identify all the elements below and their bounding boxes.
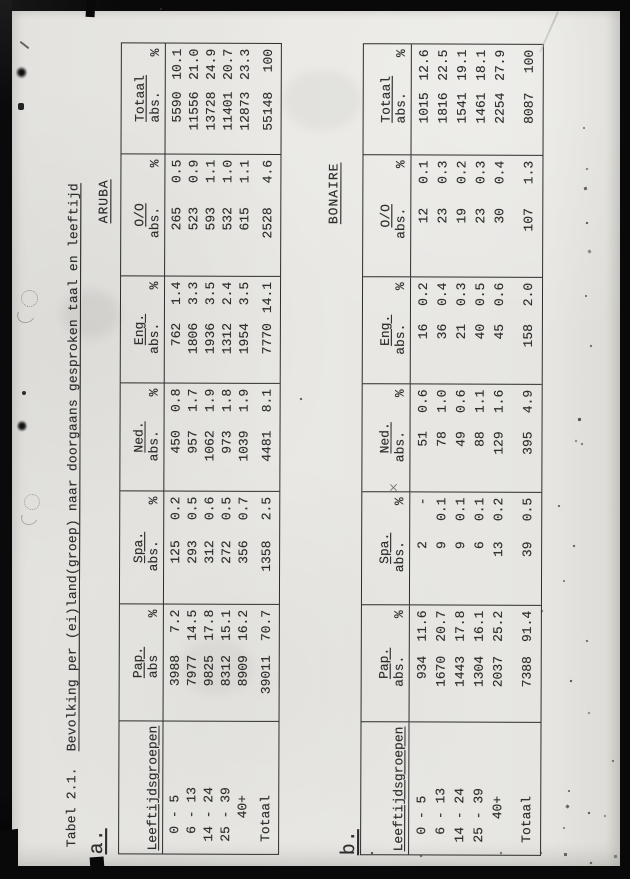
pct-value: 17.8 xyxy=(454,606,467,656)
pct-label: % xyxy=(148,154,161,206)
abs-value: 5590 xyxy=(171,91,184,153)
pct-value: 10.1 xyxy=(171,44,184,92)
group-name-text: Eng. xyxy=(132,314,147,345)
sub-header: abs.% xyxy=(395,44,408,154)
data-cell: 3560.7 xyxy=(235,492,252,604)
scanner-edge-left xyxy=(0,0,12,879)
abs-value: 6 xyxy=(473,541,486,604)
abs-value: 934 xyxy=(416,656,429,722)
group-name-text: Ned. xyxy=(131,421,146,452)
pct-value: 20.7 xyxy=(222,44,235,92)
abs-label: abs. xyxy=(395,92,408,154)
pct-value: 1.9 xyxy=(238,384,251,431)
group-name-text: Spa. xyxy=(377,533,392,564)
data-cell: 19543.5 xyxy=(236,277,253,383)
pct-value: 1.1 xyxy=(204,155,217,207)
abs-value: 125 xyxy=(169,540,182,603)
group-name-text: O/O xyxy=(132,203,147,226)
abs-value: 23 xyxy=(474,208,487,277)
pct-value: 0.2 xyxy=(492,493,505,542)
data-cell: 230.3 xyxy=(433,155,452,276)
abs-value: 532 xyxy=(221,207,234,276)
pct-value: 0.5 xyxy=(521,493,534,542)
abs-value: 39011 xyxy=(260,655,273,721)
abs-value: 1954 xyxy=(238,323,251,383)
column-header: Eng.abs.% xyxy=(363,277,411,383)
pct-value: 24.9 xyxy=(205,44,218,92)
data-cell: 167020.7 xyxy=(432,605,451,721)
data-cell: 203725.2 xyxy=(489,606,508,722)
sub-header: abs.% xyxy=(394,155,407,276)
sub-header: abs.% xyxy=(149,43,162,153)
data-cell: 2- xyxy=(413,492,432,604)
pct-value: 12.6 xyxy=(418,44,431,92)
smudge-artifact xyxy=(282,70,362,130)
pct-label: % xyxy=(394,277,407,323)
table-number: Tabel 2.1. xyxy=(64,767,79,847)
sub-header: abs% xyxy=(147,604,160,720)
stamp-ring-artifact xyxy=(21,290,38,307)
data-cell: 1155621.0 xyxy=(186,44,203,154)
ink-blob-artifact xyxy=(17,420,27,432)
pct-value: 2.5 xyxy=(260,492,273,541)
abs-label: abs. xyxy=(147,540,160,603)
column-header: Ned.abs.% xyxy=(362,384,410,491)
pct-value: 0.5 xyxy=(186,492,199,541)
group-name: Spa. xyxy=(132,491,145,603)
data-cell: 881.1 xyxy=(470,385,489,492)
pct-value: 7.2 xyxy=(169,605,182,655)
data-cell: 2930.5 xyxy=(184,492,201,604)
pct-value: 0.2 xyxy=(455,156,468,208)
abs-value: 265 xyxy=(170,207,183,276)
pct-value: 0.6 xyxy=(455,385,468,432)
pct-value: 8.1 xyxy=(261,384,274,431)
abs-label: abs xyxy=(147,655,160,721)
data-cell: 44818.1 xyxy=(258,384,275,491)
abs-value: 2254 xyxy=(494,93,507,155)
abs-value: 12873 xyxy=(239,92,252,154)
pct-label: % xyxy=(394,384,407,431)
abs-value: 23 xyxy=(436,208,449,277)
abs-value: 40 xyxy=(474,324,487,384)
data-cell: 146118.1 xyxy=(472,45,491,155)
pct-value: 1.1 xyxy=(474,385,487,432)
smudge-artifact xyxy=(62,290,120,338)
language-column-spa: Spa.abs.%1250.22930.53120.62720.53560.71… xyxy=(120,490,279,604)
pct-label: % xyxy=(147,604,160,654)
data-cell: 9731.8 xyxy=(218,384,235,491)
abs-value: 1015 xyxy=(418,92,431,154)
pct-value: 0.3 xyxy=(436,155,449,207)
abs-value: 51 xyxy=(416,431,429,491)
pct-value: 0.4 xyxy=(436,277,449,323)
data-cell: 5321.0 xyxy=(219,155,236,276)
pct-value: 0.1 xyxy=(417,155,430,207)
abs-value: 36 xyxy=(436,324,449,384)
abs-value: 11556 xyxy=(188,91,201,153)
data-cell: 101512.6 xyxy=(415,44,434,154)
data-cell: 6151.1 xyxy=(236,155,253,276)
ink-blob-artifact xyxy=(16,66,27,79)
scan-speck xyxy=(563,580,565,582)
data-cell: 144317.8 xyxy=(451,606,470,722)
data-cell: 781.0 xyxy=(432,384,451,491)
pct-value: 23.3 xyxy=(239,44,252,92)
group-name: Spa. xyxy=(378,492,391,604)
section-b-marker: b. xyxy=(340,829,360,855)
data-cell: 90.1 xyxy=(432,492,451,604)
data-cell: 510.6 xyxy=(413,384,432,491)
pct-value: 0.2 xyxy=(417,277,430,323)
data-cell: 1140120.7 xyxy=(220,44,237,154)
column-header: Leeftijdsgroepen xyxy=(361,722,409,854)
pct-value: 100 xyxy=(523,45,536,93)
row-header-label: Leeftijdsgroepen xyxy=(146,721,159,853)
pct-value: 0.1 xyxy=(454,493,467,542)
pct-label: % xyxy=(395,44,408,92)
column-header: Spa.abs.% xyxy=(362,492,410,604)
pct-value: 0.6 xyxy=(493,278,506,324)
column-header: Spa.abs.% xyxy=(120,491,164,603)
abs-value: 88 xyxy=(473,431,486,491)
abs-value: 272 xyxy=(220,540,233,603)
data-cell: 490.6 xyxy=(451,385,470,492)
pct-value: 0.1 xyxy=(435,492,448,541)
pct-value: - xyxy=(416,492,429,541)
language-column-totaal: Totaalabs.%559010.11155621.01372824.9114… xyxy=(122,43,281,154)
abs-label: abs. xyxy=(148,323,161,383)
pct-label: % xyxy=(394,155,407,207)
column-header: Pap.abs.% xyxy=(362,605,410,721)
abs-label: abs. xyxy=(393,656,406,722)
scanner-edge-notch-top xyxy=(86,0,96,17)
scan-speck xyxy=(564,853,567,856)
language-column-pap: Pap.abs.%93411.6167020.7144317.8130416.1… xyxy=(362,604,541,722)
table-aruba: Leeftijdsgroepen 0 - 5 6 - 1314 - 2425 -… xyxy=(118,42,282,855)
pct-value: 0.5 xyxy=(220,492,233,541)
language-column-totaal: Totaalabs.%101512.6181622.5154119.114611… xyxy=(364,44,543,155)
data-cell: 13582.5 xyxy=(258,492,275,604)
sub-header: abs.% xyxy=(393,492,406,604)
abs-value: 7388 xyxy=(521,656,534,722)
data-cell: 390.5 xyxy=(518,493,537,605)
title-text: Bevolking per (ei)land(groep) naar doorg… xyxy=(64,183,81,751)
pct-value: 91.4 xyxy=(521,606,534,656)
group-name-text: Totaal xyxy=(379,76,394,123)
group-name: Ned. xyxy=(378,384,391,491)
abs-value: 1461 xyxy=(475,92,488,154)
row-label: 25 - 39 xyxy=(217,722,234,854)
abs-value: 13 xyxy=(492,541,505,604)
data-cell: 154119.1 xyxy=(453,45,472,155)
group-name-text: Pap. xyxy=(131,647,146,678)
pct-value: 0.9 xyxy=(187,155,200,207)
abs-value: 1039 xyxy=(237,430,250,490)
group-name: Eng. xyxy=(133,276,146,382)
row-label: 40+ xyxy=(234,722,251,854)
column-header: Pap.abs% xyxy=(120,604,164,720)
pencil-x-artifact xyxy=(389,483,398,492)
abs-value: 39 xyxy=(521,541,534,604)
row-label: 40+ xyxy=(488,723,507,855)
data-cell: 7621.4 xyxy=(168,277,185,383)
data-cell: 230.3 xyxy=(471,156,490,277)
abs-value: 11401 xyxy=(222,92,235,154)
data-cell: 1582.0 xyxy=(519,278,538,384)
data-cell: 9571.7 xyxy=(184,384,201,491)
group-name: O/O xyxy=(133,154,146,275)
abs-value: 973 xyxy=(220,430,233,490)
abs-value: 16 xyxy=(417,324,430,384)
age-group-body: 0 - 5 6 - 1314 - 2425 - 39 40+Totaal xyxy=(163,722,278,854)
scan-speck xyxy=(612,760,614,762)
sub-header: abs.% xyxy=(147,491,160,603)
data-cell: 1287323.3 xyxy=(237,44,254,154)
abs-value: 21 xyxy=(455,324,468,384)
language-column-oo: O/Oabs.%2650.55230.95931.15321.06151.125… xyxy=(121,153,280,276)
abs-value: 1062 xyxy=(203,430,216,490)
group-name: Pap. xyxy=(132,604,145,720)
scanner-corner-shadow xyxy=(0,829,18,879)
pct-value: 1.0 xyxy=(436,384,449,431)
scan-speck xyxy=(614,855,618,859)
data-cell: 120.1 xyxy=(414,155,433,276)
abs-value: 107 xyxy=(522,208,535,277)
row-label: Totaal xyxy=(517,723,536,855)
abs-value: 12 xyxy=(417,208,430,277)
column-header: O/Oabs.% xyxy=(363,155,411,276)
abs-value: 293 xyxy=(186,540,199,603)
group-name: Ned. xyxy=(132,383,145,490)
data-cell: 8087100 xyxy=(520,45,539,155)
abs-value: 2 xyxy=(416,541,429,604)
pct-label: % xyxy=(147,491,160,540)
group-name-text: Pap. xyxy=(377,648,392,679)
row-label: 6 - 13 xyxy=(183,722,200,854)
section-a-marker: a. xyxy=(88,828,108,854)
data-cell: 130.2 xyxy=(489,493,508,605)
pct-value: 20.7 xyxy=(435,605,448,655)
scan-speck xyxy=(371,852,373,854)
row-label: 0 - 5 xyxy=(166,722,183,854)
column-body: 7621.418063.319363.513122.419543.5777014… xyxy=(165,277,280,383)
data-cell: 360.4 xyxy=(433,277,452,383)
language-column-eng: Eng.abs.%160.2360.4210.3400.5450.61582.0 xyxy=(363,276,542,384)
abs-value: 7770 xyxy=(261,323,274,383)
pct-label: % xyxy=(393,492,406,541)
language-column-eng: Eng.abs.%7621.418063.319363.513122.41954… xyxy=(121,275,280,383)
abs-value: 523 xyxy=(187,207,200,276)
group-name-text: Totaal xyxy=(133,75,148,122)
pct-value: 0.5 xyxy=(170,155,183,207)
pct-value: 2.4 xyxy=(221,277,234,323)
pct-value: 1.1 xyxy=(238,155,251,207)
abs-value: 450 xyxy=(169,430,182,490)
abs-value: 1358 xyxy=(260,541,273,604)
pct-value: 3.3 xyxy=(187,277,200,323)
pct-value: 3.5 xyxy=(204,277,217,323)
data-cell: 2720.5 xyxy=(218,492,235,604)
column-header: Eng.abs.% xyxy=(121,276,165,382)
column-header: Totaalabs.% xyxy=(122,43,166,153)
pct-value: 19.1 xyxy=(456,45,469,93)
pct-value: 0.6 xyxy=(203,492,216,541)
pct-value: 70.7 xyxy=(260,605,273,655)
abs-value: 762 xyxy=(170,323,183,383)
age-group-column: Leeftijdsgroepen 0 - 5 6 - 1314 - 2425 -… xyxy=(361,721,540,855)
smudge-artifact xyxy=(180,640,252,694)
data-cell: 10391.9 xyxy=(235,384,252,491)
abs-label: abs. xyxy=(394,324,407,384)
pct-value: 0.6 xyxy=(417,384,430,431)
data-cell: 190.2 xyxy=(452,156,471,277)
pct-value: 100 xyxy=(262,44,275,92)
data-cell: 19363.5 xyxy=(202,277,219,383)
column-header: Totaalabs.% xyxy=(364,44,412,154)
pct-value: 0.3 xyxy=(455,278,468,324)
data-cell: 450.6 xyxy=(490,278,509,384)
table-bonaire: Leeftijdsgroepen 0 - 5 6 - 1314 - 2425 -… xyxy=(360,43,544,856)
abs-label: abs. xyxy=(393,541,406,604)
pct-value: 4.9 xyxy=(522,385,535,432)
abs-value: 30 xyxy=(493,208,506,277)
column-body: 4500.89571.710621.99731.810391.944818.1 xyxy=(164,384,279,491)
document-title: Tabel 2.1. Bevolking per (ei)land(groep)… xyxy=(65,183,80,847)
abs-value: 158 xyxy=(522,324,535,384)
row-label: 25 - 39 xyxy=(469,723,488,855)
group-name: Pap. xyxy=(378,605,391,721)
sub-header: abs.% xyxy=(148,276,161,382)
pct-value: 27.9 xyxy=(494,45,507,93)
pct-value: 3.5 xyxy=(238,277,251,323)
column-body: 2650.55230.95931.15321.06151.125284.6 xyxy=(165,155,280,276)
pct-label: % xyxy=(149,43,162,91)
language-column-spa: Spa.abs.%2-90.190.160.1130.2390.5 xyxy=(362,491,541,605)
abs-value: 4481 xyxy=(260,430,273,490)
pct-value: 16.1 xyxy=(473,606,486,656)
data-cell: 60.1 xyxy=(470,493,489,605)
pct-value: 0.5 xyxy=(474,278,487,324)
data-cell: 400.5 xyxy=(471,278,490,384)
abs-value: 957 xyxy=(186,430,199,490)
column-body: 559010.11155621.01372824.91140120.712873… xyxy=(166,44,281,154)
pct-label: % xyxy=(148,383,161,430)
abs-value: 78 xyxy=(435,431,448,491)
abs-value: 1312 xyxy=(221,323,234,383)
title-spacer xyxy=(64,751,79,767)
data-cell: 10621.9 xyxy=(201,384,218,491)
abs-value: 9 xyxy=(435,541,448,604)
row-label: 14 - 24 xyxy=(450,723,469,855)
pct-value: 11.6 xyxy=(416,605,429,655)
abs-label: abs. xyxy=(147,430,160,490)
sub-header: abs.% xyxy=(394,277,407,383)
sub-header: abs.% xyxy=(148,154,161,275)
ink-dot-artifact xyxy=(18,103,24,110)
row-header-label: Leeftijdsgroepen xyxy=(392,722,405,854)
ink-dot-artifact xyxy=(22,391,26,395)
data-cell: 300.4 xyxy=(490,156,509,277)
pct-value: 0.7 xyxy=(237,492,250,541)
abs-value: 45 xyxy=(493,324,506,384)
data-cell: 2650.5 xyxy=(168,155,185,276)
data-cell: 130416.1 xyxy=(470,606,489,722)
scan-speck xyxy=(558,505,560,507)
group-name: O/O xyxy=(379,155,392,276)
pct-value: 1.3 xyxy=(522,156,535,208)
column-body: 101512.6181622.5154119.1146118.1225427.9… xyxy=(412,44,543,154)
abs-value: 2528 xyxy=(261,207,274,276)
abs-value: 1670 xyxy=(435,656,448,722)
group-name: Totaal xyxy=(380,44,393,154)
data-cell: 93411.6 xyxy=(413,605,432,721)
column-header: O/Oabs.% xyxy=(121,154,165,275)
data-cell: 90.1 xyxy=(451,493,470,605)
column-body: 160.2360.4210.3400.5450.61582.0 xyxy=(411,277,542,383)
sub-header: abs.% xyxy=(147,383,160,490)
pct-value: 0.3 xyxy=(474,156,487,208)
row-label: 14 - 24 xyxy=(200,722,217,854)
data-cell: 5230.9 xyxy=(185,155,202,276)
scan-speck xyxy=(578,418,582,422)
pct-value: 1.9 xyxy=(204,384,217,431)
data-cell: 225427.9 xyxy=(491,45,510,155)
abs-value: 8087 xyxy=(523,93,536,155)
data-cell: 1071.3 xyxy=(519,156,538,277)
abs-value: 129 xyxy=(492,431,505,491)
data-cell: 160.2 xyxy=(414,277,433,383)
group-name: Totaal xyxy=(134,43,147,153)
pct-value: 0.4 xyxy=(493,156,506,208)
group-name: Eng. xyxy=(379,277,392,383)
scanner-edge-notch-bottom xyxy=(90,857,105,870)
language-column-ned: Ned.abs.%510.6781.0490.6881.11291.63954.… xyxy=(362,383,541,492)
abs-value: 13728 xyxy=(205,92,218,154)
rotated-content: Tabel 2.1. Bevolking per (ei)land(groep)… xyxy=(9,11,620,869)
pct-value: 2.0 xyxy=(522,278,535,324)
data-cell: 181622.5 xyxy=(434,44,453,154)
language-column-oo: O/Oabs.%120.1230.3190.2230.3300.41071.3 xyxy=(363,154,542,277)
abs-value: 1936 xyxy=(204,323,217,383)
island-label-bonaire: BONAIRE xyxy=(327,162,340,224)
pct-value: 18.1 xyxy=(475,45,488,93)
abs-value: 55148 xyxy=(262,92,275,154)
scan-speck xyxy=(585,295,587,297)
pct-value: 1.7 xyxy=(187,384,200,431)
data-cell: 210.3 xyxy=(452,278,471,384)
language-column-ned: Ned.abs.%4500.89571.710621.99731.810391.… xyxy=(120,382,279,491)
data-cell: 3120.6 xyxy=(201,492,218,604)
scanned-page: Tabel 2.1. Bevolking per (ei)land(groep)… xyxy=(0,0,630,879)
data-cell: 13122.4 xyxy=(219,277,236,383)
group-name-text: Spa. xyxy=(131,532,146,563)
data-cell: 18063.3 xyxy=(185,277,202,383)
data-cell: 3901170.7 xyxy=(258,605,275,721)
pct-value: 0.2 xyxy=(169,492,182,541)
column-body: 93411.6167020.7144317.8130416.1203725.27… xyxy=(410,605,541,721)
sub-header: abs.% xyxy=(393,605,406,721)
column-header: Leeftijdsgroepen xyxy=(119,721,163,853)
pct-value: 22.5 xyxy=(437,44,450,92)
data-cell: 559010.1 xyxy=(169,44,186,154)
column-body: 2-90.190.160.1130.2390.5 xyxy=(410,492,541,604)
abs-label: abs. xyxy=(148,207,161,276)
row-label: 0 - 5 xyxy=(412,722,431,854)
abs-value: 1541 xyxy=(456,92,469,154)
abs-value: 395 xyxy=(521,431,534,491)
age-group-body: 0 - 5 6 - 1314 - 2425 - 39 40+Totaal xyxy=(409,722,540,854)
